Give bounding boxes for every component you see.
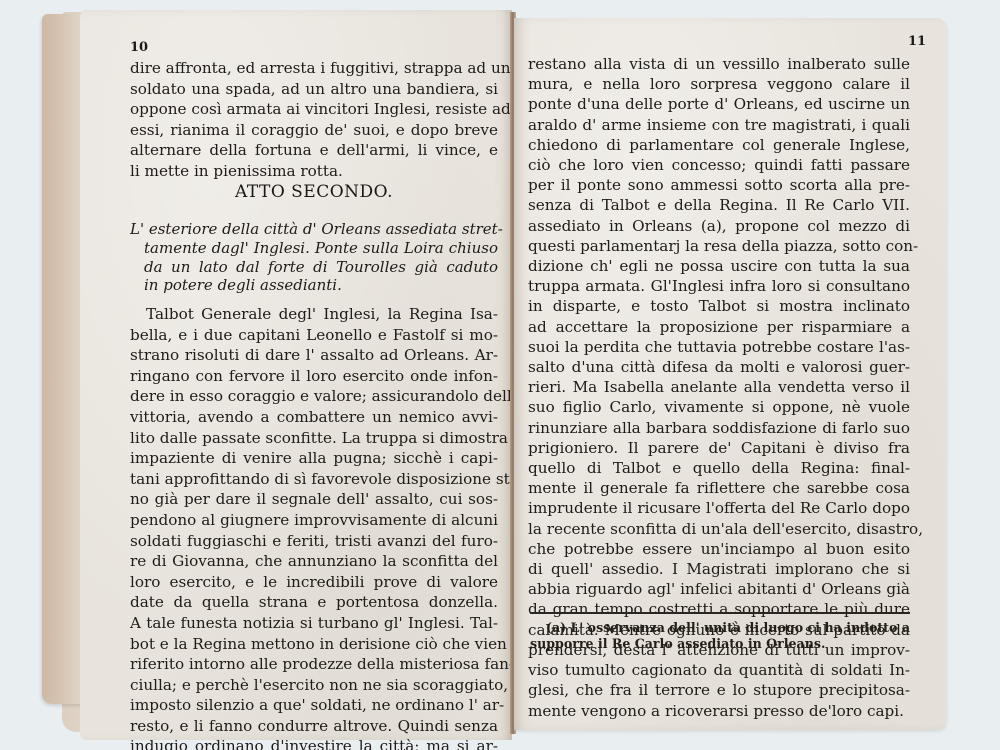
text-line: mente vengono a ricoverarsi presso de'lo… bbox=[528, 701, 910, 721]
text-line: A tale funesta notizia si turbano gl' In… bbox=[130, 613, 498, 634]
text-line: che potrebbe essere un'inciampo al buon … bbox=[528, 539, 910, 559]
text-line: strano risoluti di dare l' assalto ad Or… bbox=[130, 345, 498, 366]
text-line: resto, e li fanno condurre altrove. Quin… bbox=[130, 716, 498, 737]
text-line: dire affronta, ed arresta i fuggitivi, s… bbox=[130, 58, 498, 79]
open-book: 10 dire affronta, ed arresta i fuggitivi… bbox=[0, 0, 1000, 750]
text-line: date da quella strana e portentosa donze… bbox=[130, 592, 498, 613]
text-line: supporre il Re Carlo assediato in Orlean… bbox=[530, 636, 910, 652]
text-line: per il ponte sono ammessi sotto scorta a… bbox=[528, 175, 910, 195]
text-line: senza di Talbot e della Regina. Il Re Ca… bbox=[528, 195, 910, 215]
text-line: riferito intorno alle prodezze della mis… bbox=[130, 654, 498, 675]
text-line: assediato in Orleans (a), propone col me… bbox=[528, 216, 910, 236]
text-line: di quell' assedio. I Magistrati imploran… bbox=[528, 559, 910, 579]
text-line: da gran tempo costretti a sopportare le … bbox=[528, 599, 910, 619]
text-line: bella, e i due capitani Leonello e Fasto… bbox=[130, 325, 498, 346]
text-line: tani approfittando di sì favorevole disp… bbox=[130, 469, 498, 490]
text-line: loro esercito, e le incredibili prove di… bbox=[130, 572, 498, 593]
text-line: viso tumulto cagionato da quantità di so… bbox=[528, 660, 910, 680]
text-line: ponte d'una delle porte d' Orleans, ed u… bbox=[528, 94, 910, 114]
text-line: araldo d' arme insieme con tre magistrat… bbox=[528, 115, 910, 135]
footnote: (a) L' osservanza dell' unità di luogo c… bbox=[530, 620, 910, 652]
text-line: in disparte, e tosto Talbot si mostra in… bbox=[528, 296, 910, 316]
text-line: L' esteriore della città d' Orleans asse… bbox=[130, 220, 498, 239]
text-line: bot e la Regina mettono in derisione ciò… bbox=[130, 634, 498, 655]
text-line: mura, e nella loro sorpresa veggono cala… bbox=[528, 74, 910, 94]
text-line: ringano con fervore il loro esercito ond… bbox=[130, 366, 498, 387]
text-line: imposto silenzio a que' soldati, ne ordi… bbox=[130, 695, 498, 716]
text-line: da un lato dal forte di Tourolles già ca… bbox=[130, 258, 498, 277]
text-line: rinunziare alla barbara soddisfazione di… bbox=[528, 418, 910, 438]
right-page: 11 restano alla vista di un vessillo ina… bbox=[514, 18, 946, 730]
text-line: oppone così armata ai vincitori Inglesi,… bbox=[130, 99, 498, 120]
text-line: truppa armata. Gl'Inglesi infra loro si … bbox=[528, 276, 910, 296]
text-line: ciò che loro vien concesso; quindi fatti… bbox=[528, 155, 910, 175]
text-line: prigioniero. Il parere de' Capitani è di… bbox=[528, 438, 910, 458]
text-line: li mette in pienissima rotta. bbox=[130, 161, 498, 182]
text-line: dere in esso coraggio e valore; assicura… bbox=[130, 386, 498, 407]
left-page: 10 dire affronta, ed arresta i fuggitivi… bbox=[80, 10, 512, 740]
text-line: questi parlamentarj la resa della piazza… bbox=[528, 236, 910, 256]
text-line: lito dalle passate sconfitte. La truppa … bbox=[130, 428, 498, 449]
text-line: rieri. Ma Isabella anelante alla vendett… bbox=[528, 377, 910, 397]
text-line: re di Giovanna, che annunziano la sconfi… bbox=[130, 551, 498, 572]
text-line: Talbot Generale degl' Inglesi, la Regina… bbox=[130, 304, 498, 325]
text-line: suo figlio Carlo, vivamente si oppone, n… bbox=[528, 397, 910, 417]
text-line: suoi la perdita che tuttavia potrebbe co… bbox=[528, 337, 910, 357]
text-line: imprudente il ricusare l'offerta del Re … bbox=[528, 498, 910, 518]
text-line: vittoria, avendo a combattere un nemico … bbox=[130, 407, 498, 428]
text-line: dizione ch' egli ne possa uscire con tut… bbox=[528, 256, 910, 276]
text-line: glesi, che fra il terrore e lo stupore p… bbox=[528, 680, 910, 700]
text-line: ciulla; e perchè l'esercito non ne sia s… bbox=[130, 675, 498, 696]
text-line: alternare della fortuna e dell'armi, li … bbox=[130, 140, 498, 161]
text-line: la recente sconfitta di un'ala dell'eser… bbox=[528, 519, 910, 539]
text-line: (a) L' osservanza dell' unità di luogo c… bbox=[530, 620, 910, 636]
text-line: chiedono di parlamentare col generale In… bbox=[528, 135, 910, 155]
footnote-divider bbox=[530, 612, 910, 614]
text-line: quello di Talbot e quello della Regina: … bbox=[528, 458, 910, 478]
text-line: in potere degli assedianti. bbox=[130, 276, 498, 295]
left-page-number: 10 bbox=[130, 40, 148, 55]
text-line: mente il generale fa riflettere che sare… bbox=[528, 478, 910, 498]
text-line: ad accettare la proposizione per risparm… bbox=[528, 317, 910, 337]
scene-description: L' esteriore della città d' Orleans asse… bbox=[130, 220, 498, 295]
text-line: soldati fuggiaschi e feriti, tristi avan… bbox=[130, 531, 498, 552]
right-page-number: 11 bbox=[908, 34, 926, 49]
text-line: impaziente di venire alla pugna; sicchè … bbox=[130, 448, 498, 469]
text-line: no già per dare il segnale dell' assalto… bbox=[130, 489, 498, 510]
text-line: essi, rianima il coraggio de' suoi, e do… bbox=[130, 120, 498, 141]
text-line: abbia riguardo agl' infelici abitanti d'… bbox=[528, 579, 910, 599]
text-line: salto d'una città difesa da molti e valo… bbox=[528, 357, 910, 377]
left-main-paragraph: Talbot Generale degl' Inglesi, la Regina… bbox=[130, 304, 498, 750]
left-opening-paragraph: dire affronta, ed arresta i fuggitivi, s… bbox=[130, 58, 498, 182]
text-line: soldato una spada, ad un altro una bandi… bbox=[130, 79, 498, 100]
text-line: pendono al giugnere improvvisamente di a… bbox=[130, 510, 498, 531]
act-title: ATTO SECONDO. bbox=[130, 182, 498, 202]
text-line: tamente dagl' Inglesi. Ponte sulla Loira… bbox=[130, 239, 498, 258]
text-line: indugio ordinano d'investire la città; m… bbox=[130, 736, 498, 750]
text-line: restano alla vista di un vessillo inalbe… bbox=[528, 54, 910, 74]
